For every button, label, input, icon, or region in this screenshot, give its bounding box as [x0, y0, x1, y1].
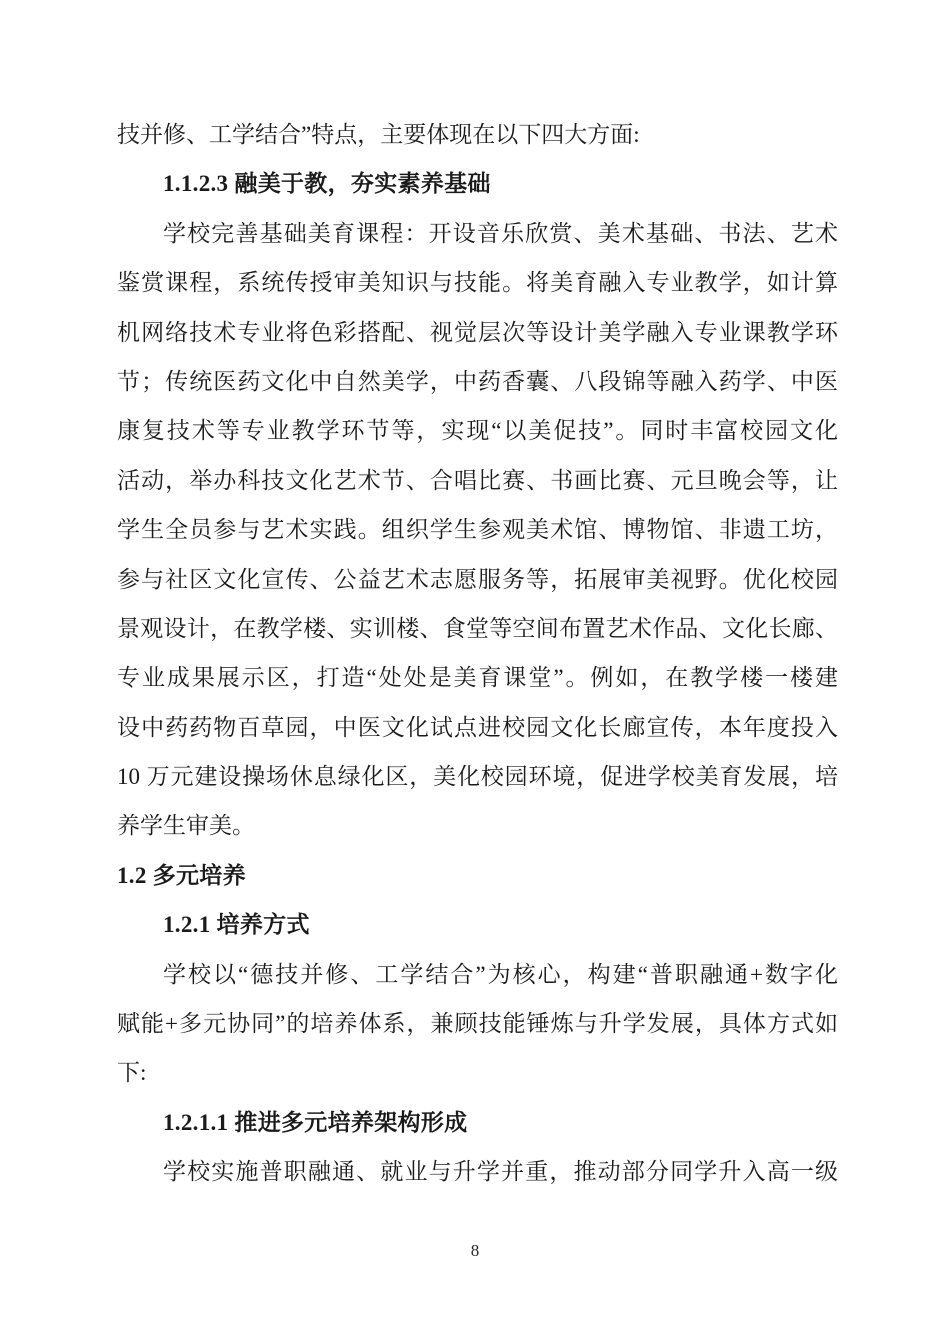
body-text-line: 学生全员参与艺术实践。组织学生参观美术馆、博物馆、非遗工坊，: [117, 505, 838, 554]
body-text-line: 康复技术等专业教学环节等，实现“以美促技”。同时丰富校园文化: [117, 406, 838, 455]
section-heading: 1.2.1 培养方式: [117, 900, 838, 949]
body-text-line: 机网络技术专业将色彩搭配、视觉层次等设计美学融入专业课教学环: [117, 308, 838, 357]
section-heading: 1.2 多元培养: [117, 851, 838, 900]
body-text-line: 活动，举办科技文化艺术节、合唱比赛、书画比赛、元旦晚会等，让: [117, 456, 838, 505]
document-body: 技并修、工学结合”特点，主要体现在以下四大方面:1.1.2.3 融美于教，夯实素…: [117, 110, 838, 1197]
body-text-line: 景观设计，在教学楼、实训楼、食堂等空间布置艺术作品、文化长廊、: [117, 604, 838, 653]
body-text-line: 下:: [117, 1048, 838, 1097]
body-text-line: 学校实施普职融通、就业与升学并重，推动部分同学升入高一级: [117, 1147, 838, 1196]
page-number: 8: [471, 1241, 480, 1260]
document-page: 技并修、工学结合”特点，主要体现在以下四大方面:1.1.2.3 融美于教，夯实素…: [0, 0, 950, 1343]
body-text-line: 10 万元建设操场休息绿化区，美化校园环境，促进学校美育发展，培: [117, 752, 838, 801]
body-text-line: 技并修、工学结合”特点，主要体现在以下四大方面:: [117, 110, 838, 159]
section-heading: 1.2.1.1 推进多元培养架构形成: [117, 1098, 838, 1147]
body-text-line: 学校完善基础美育课程：开设音乐欣赏、美术基础、书法、艺术: [117, 209, 838, 258]
body-text-line: 节；传统医药文化中自然美学，中药香囊、八段锦等融入药学、中医: [117, 357, 838, 406]
body-text-line: 学校以“德技并修、工学结合”为核心，构建“普职融通+数字化: [117, 950, 838, 999]
body-text-line: 赋能+多元协同”的培养体系，兼顾技能锤炼与升学发展，具体方式如: [117, 999, 838, 1048]
page-footer: 8: [0, 1240, 950, 1262]
body-text-line: 养学生审美。: [117, 801, 838, 850]
section-heading: 1.1.2.3 融美于教，夯实素养基础: [117, 159, 838, 208]
body-text-line: 参与社区文化宣传、公益艺术志愿服务等，拓展审美视野。优化校园: [117, 555, 838, 604]
body-text-line: 设中药药物百草园，中医文化试点进校园文化长廊宣传，本年度投入: [117, 703, 838, 752]
body-text-line: 专业成果展示区，打造“处处是美育课堂”。例如，在教学楼一楼建: [117, 653, 838, 702]
body-text-line: 鉴赏课程，系统传授审美知识与技能。将美育融入专业教学，如计算: [117, 258, 838, 307]
